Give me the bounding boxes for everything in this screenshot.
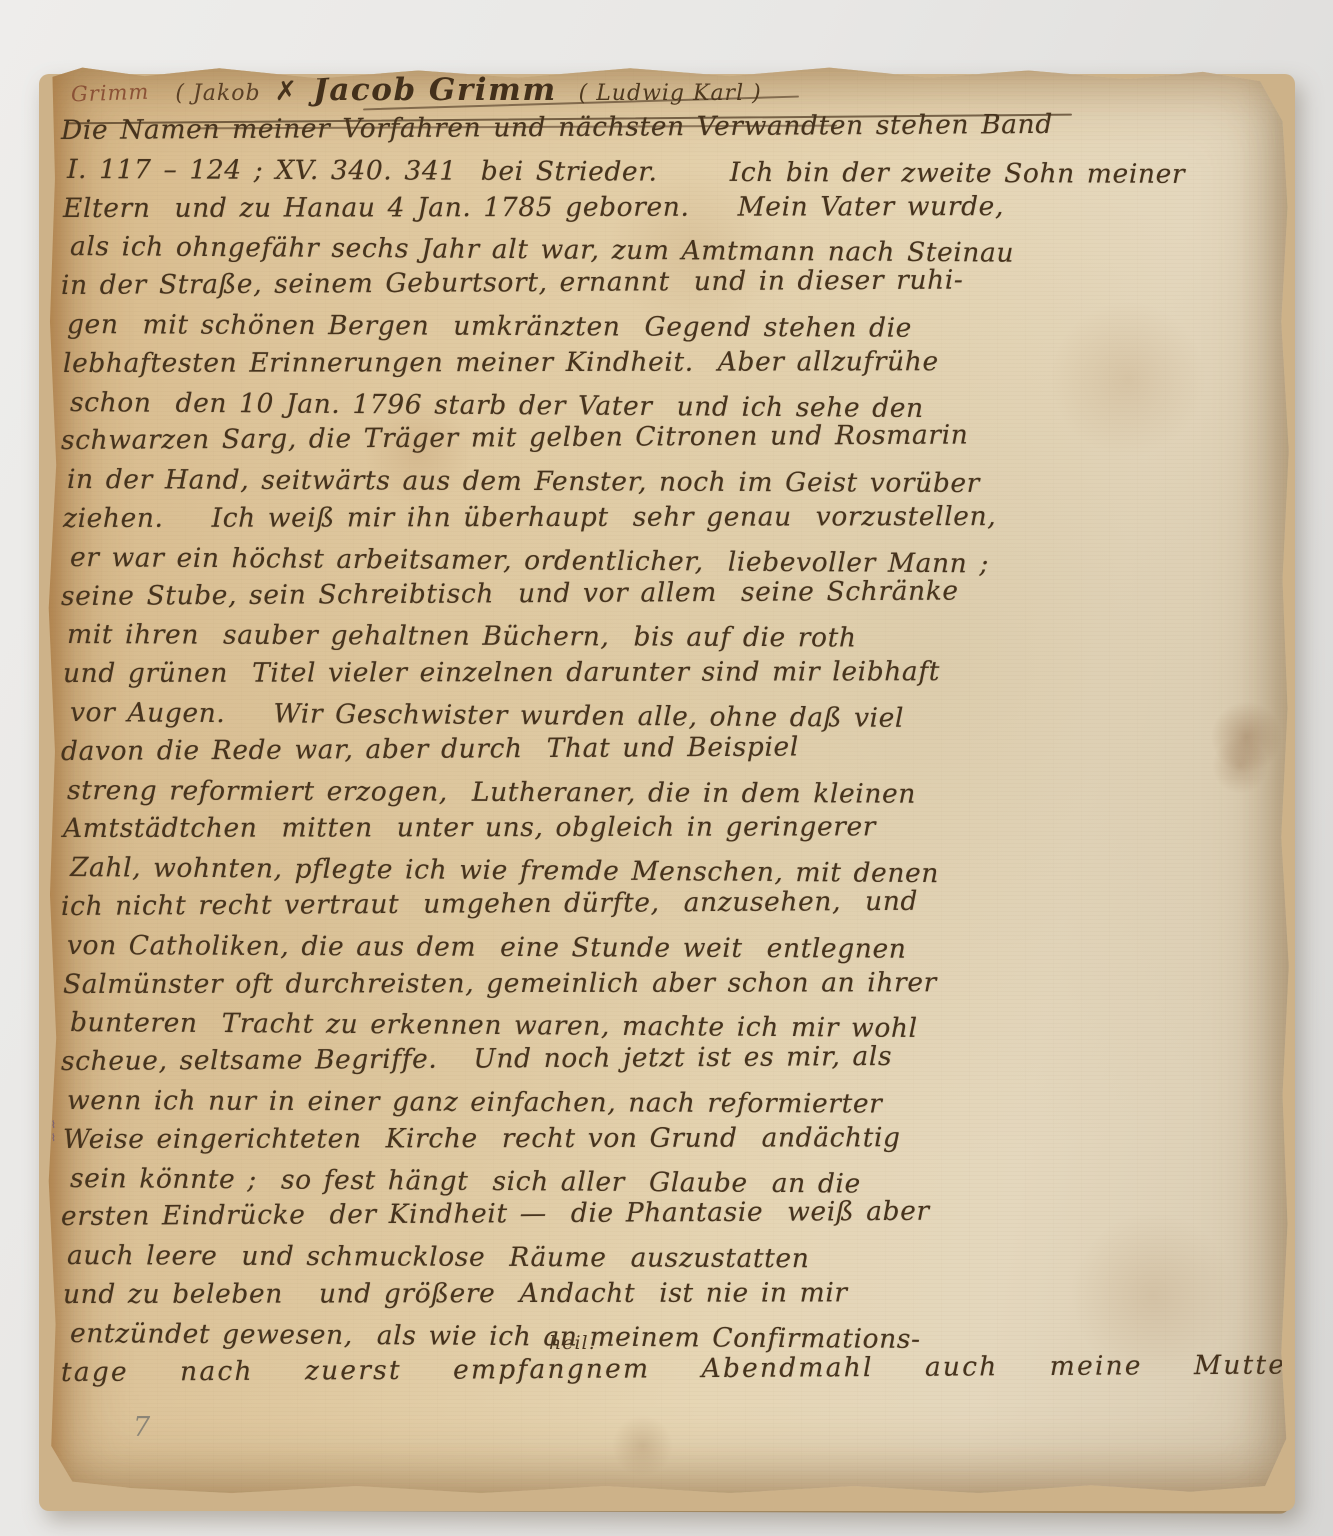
- manuscript-line: Salmünster oft durchreisten, gemeinlich …: [63, 963, 1159, 1004]
- manuscript-line: in der Straße, seinem Geburtsort, ernann…: [61, 260, 1159, 306]
- manuscript-line: seine Stube, sein Schreibtisch und vor a…: [61, 571, 1159, 617]
- manuscript-line: schwarzen Sarg, die Träger mit gelben Ci…: [61, 416, 1159, 462]
- photo-background: Grimm( Jakob✗Jacob Grimm( Ludwig Karl ) …: [0, 0, 1333, 1536]
- manuscript-line: ich nicht recht vertraut umgehen dürfte,…: [61, 881, 1159, 927]
- header-crossed-note: ( Jakob: [175, 81, 260, 106]
- manuscript-line: Die Namen meiner Vorfahren und nächsten …: [61, 105, 1159, 151]
- manuscript-lines: Die Namen meiner Vorfahren und nächsten …: [59, 112, 1159, 1392]
- manuscript-line: davon die Rede war, aber durch That und …: [61, 726, 1159, 772]
- manuscript-line: scheue, seltsame Begriffe. Und noch jetz…: [61, 1036, 1159, 1082]
- manuscript-line: tage nach zuerst empfangnem Abendmahl au…: [61, 1347, 1159, 1393]
- manuscript-line: lebhaftesten Erinnerungen meiner Kindhei…: [63, 342, 1159, 383]
- manuscript-line: Eltern und zu Hanau 4 Jan. 1785 geboren.…: [63, 187, 1159, 228]
- manuscript-line: ersten Eindrücke der Kindheit — die Phan…: [61, 1192, 1159, 1238]
- strike-mark-icon: ✗: [275, 76, 298, 107]
- manuscript-line: und grünen Titel vieler einzelnen darunt…: [63, 653, 1159, 694]
- header-annotation: Grimm( Jakob✗Jacob Grimm( Ludwig Karl ): [71, 72, 762, 108]
- header-addition-note: ( Ludwig Karl ): [579, 81, 762, 106]
- manuscript-line: Weise eingerichteten Kirche recht von Gr…: [63, 1118, 1159, 1159]
- archival-name-label: Grimm: [71, 80, 150, 107]
- manuscript-line: und zu beleben und größere Andacht ist n…: [63, 1274, 1159, 1315]
- manuscript-line: ziehen. Ich weiß mir ihn überhaupt sehr …: [63, 498, 1159, 539]
- manuscript-page: Grimm( Jakob✗Jacob Grimm( Ludwig Karl ) …: [45, 64, 1290, 1496]
- manuscript-line: Amtstädtchen mitten unter uns, obgleich …: [63, 808, 1159, 849]
- page-number: 7: [133, 1412, 150, 1443]
- interlinear-insertion: heil.: [549, 1332, 596, 1354]
